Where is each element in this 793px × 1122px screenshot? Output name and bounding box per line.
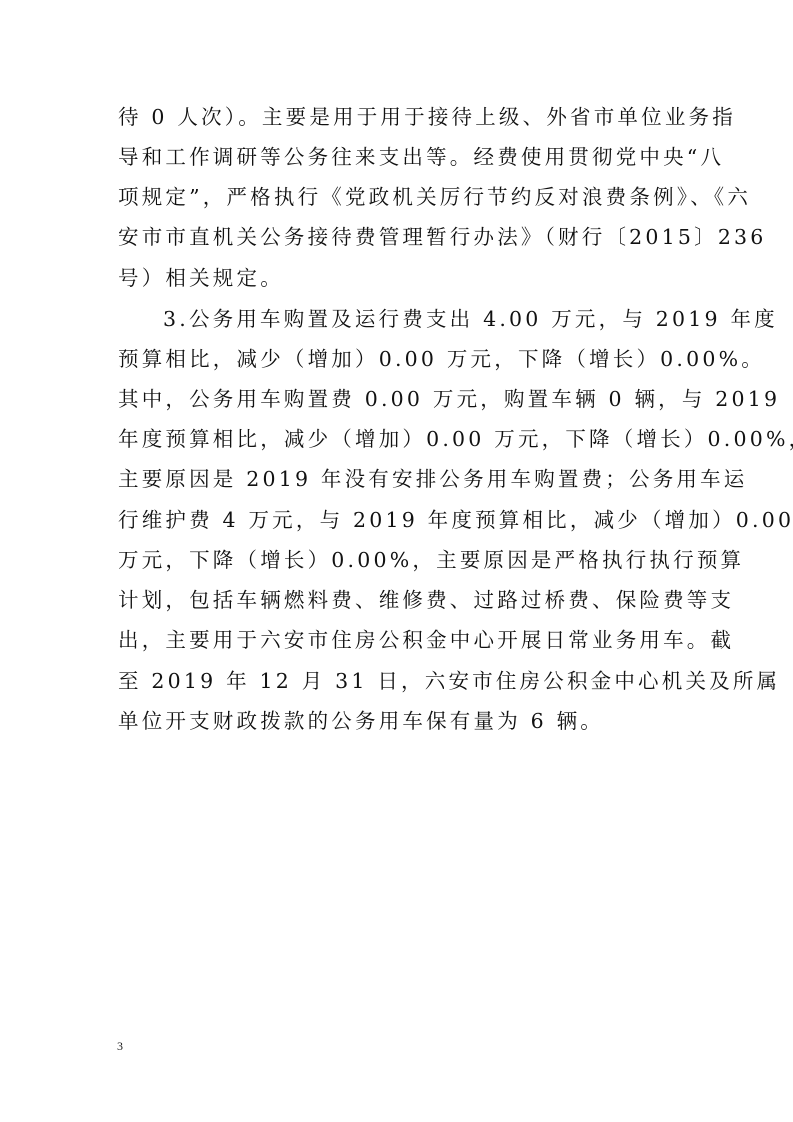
text-line: 计划，包括车辆燃料费、维修费、过路过桥费、保险费等支 [118,585,674,615]
document-page: 待 0 人次）。主要是用于用于接待上级、外省市单位业务指 导和工作调研等公务往来… [0,0,793,1122]
text-line: 号）相关规定。 [118,263,674,293]
text-line: 单位开支财政拨款的公务用车保有量为 6 辆。 [118,706,674,736]
text-line: 主要原因是 2019 年没有安排公务用车购置费；公务用车运 [118,464,674,494]
text-line: 至 2019 年 12 月 31 日，六安市住房公积金中心机关及所属 [118,666,674,696]
text-line: 预算相比，减少（增加）0.00 万元，下降（增长）0.00%。 [118,344,674,374]
text-line: 导和工作调研等公务往来支出等。经费使用贯彻党中央“八 [118,142,674,172]
text-line: 安市市直机关公务接待费管理暂行办法》（财行〔2015〕236 [118,222,674,252]
text-line: 年度预算相比，减少（增加）0.00 万元，下降（增长）0.00%， [118,424,674,454]
text-line: 3.公务用车购置及运行费支出 4.00 万元，与 2019 年度 [163,304,674,334]
text-line: 其中，公务用车购置费 0.00 万元，购置车辆 0 辆，与 2019 [118,384,674,414]
text-line: 出，主要用于六安市住房公积金中心开展日常业务用车。截 [118,625,674,655]
text-line: 项规定”，严格执行《党政机关厉行节约反对浪费条例》、《六 [118,182,674,212]
text-line: 待 0 人次）。主要是用于用于接待上级、外省市单位业务指 [118,102,674,132]
text-line: 万元，下降（增长）0.00%，主要原因是严格执行执行预算 [118,545,674,575]
text-line: 行维护费 4 万元，与 2019 年度预算相比，减少（增加）0.00 [118,505,674,535]
page-number: 3 [117,1039,123,1054]
